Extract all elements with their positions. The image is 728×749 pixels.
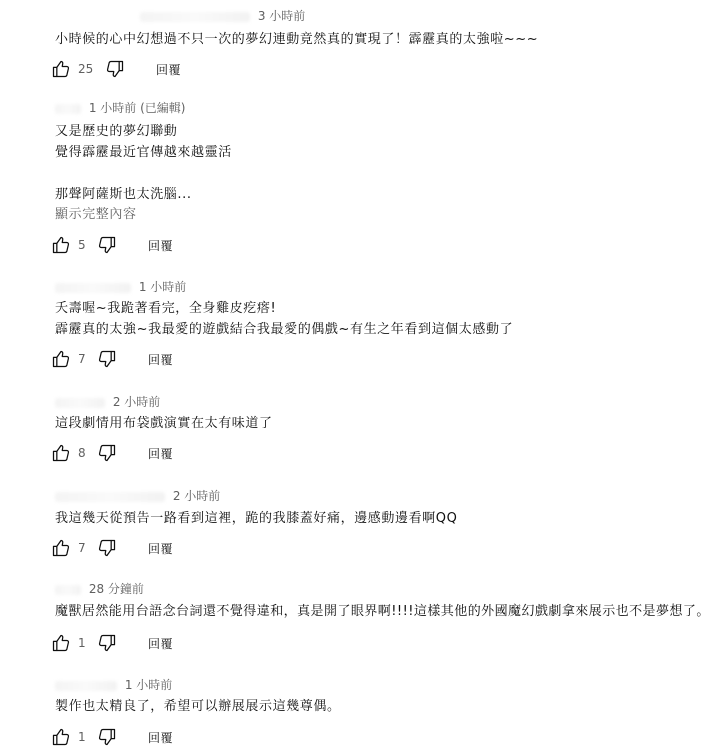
comment-timestamp[interactable]: 2 小時前 [113, 393, 160, 411]
like-button[interactable] [50, 632, 72, 654]
show-more-link[interactable]: 顯示完整內容 [55, 205, 137, 225]
comment-actions: 7 回覆 [50, 535, 173, 561]
like-count: 7 [78, 541, 92, 555]
thumbs-up-icon [51, 59, 71, 79]
reply-button[interactable]: 回覆 [148, 729, 173, 746]
comment-text-line: 小時候的心中幻想過不只一次的夢幻連動竟然真的實現了！霹靂真的太強啦~~~ [55, 29, 538, 50]
thumbs-up-icon [51, 727, 71, 747]
comment-body: 魔獸居然能用台語念台詞還不覺得違和，真是開了眼界啊!!!!這樣其他的外國魔幻戲劇… [55, 601, 710, 622]
reply-button[interactable]: 回覆 [156, 61, 181, 78]
thumbs-down-icon [97, 727, 117, 747]
thumbs-up-icon [51, 538, 71, 558]
comment-header: 1 小時前 [55, 676, 172, 694]
author-name-redacted[interactable] [55, 492, 165, 502]
like-count: 1 [78, 730, 92, 744]
comment-header: 28 分鐘前 [55, 580, 144, 598]
reply-button[interactable]: 回覆 [148, 635, 173, 652]
reply-button[interactable]: 回覆 [148, 445, 173, 462]
comment-text-line: 製作也太精良了，希望可以辦展展示這幾尊偶。 [55, 696, 341, 717]
thumbs-down-icon [97, 633, 117, 653]
comment-text-line: 覺得霹靂最近官傳越來越靈活 [55, 142, 232, 163]
like-button[interactable] [50, 442, 72, 464]
like-count: 1 [78, 636, 92, 650]
comment-body: 夭壽喔~我跪著看完，全身雞皮疙瘩! 霹靂真的太強~我最愛的遊戲結合我最愛的偶戲~… [55, 298, 513, 340]
reply-button[interactable]: 回覆 [148, 351, 173, 368]
comment-body: 製作也太精良了，希望可以辦展展示這幾尊偶。 [55, 696, 341, 717]
dislike-button[interactable] [96, 537, 118, 559]
comment-text-line: 這段劇情用布袋戲演實在太有味道了 [55, 413, 273, 434]
thumbs-down-icon [105, 59, 125, 79]
thumbs-up-icon [51, 349, 71, 369]
comment-actions: 1 回覆 [50, 630, 173, 656]
author-name-redacted[interactable] [55, 283, 131, 293]
like-count: 8 [78, 446, 92, 460]
like-count: 5 [78, 238, 92, 252]
comment-text-line: 霹靂真的太強~我最愛的遊戲結合我最愛的偶戲~有生之年看到這個太感動了 [55, 319, 513, 340]
thumbs-up-icon [51, 633, 71, 653]
comment-timestamp[interactable]: 1 小時前 (已編輯) [89, 99, 186, 117]
like-button[interactable] [50, 234, 72, 256]
comment-body: 又是歷史的夢幻聯動 覺得霹靂最近官傳越來越靈活 那聲阿薩斯也太洗腦... [55, 121, 232, 205]
comment-header: 1 小時前 [55, 278, 186, 296]
thumbs-up-icon [51, 443, 71, 463]
author-name-redacted[interactable] [55, 104, 81, 114]
comment-body: 我這幾天從預告一路看到這裡，跪的我膝蓋好痛，邊感動邊看啊QQ [55, 508, 457, 529]
dislike-button[interactable] [96, 632, 118, 654]
comment-text-line: 夭壽喔~我跪著看完，全身雞皮疙瘩! [55, 298, 513, 319]
author-name-redacted[interactable] [140, 12, 250, 22]
comment-body: 小時候的心中幻想過不只一次的夢幻連動竟然真的實現了！霹靂真的太強啦~~~ [55, 29, 538, 50]
like-button[interactable] [50, 537, 72, 559]
dislike-button[interactable] [96, 442, 118, 464]
comment-timestamp[interactable]: 3 小時前 [258, 7, 305, 25]
comment-actions: 8 回覆 [50, 440, 173, 466]
comment-actions: 25 回覆 [50, 56, 181, 82]
like-button[interactable] [50, 58, 72, 80]
comment-text-line: 又是歷史的夢幻聯動 [55, 121, 232, 142]
comment-header: 1 小時前 (已編輯) [55, 99, 185, 117]
thumbs-down-icon [97, 538, 117, 558]
dislike-button[interactable] [96, 726, 118, 748]
dislike-button[interactable] [96, 234, 118, 256]
comment-actions: 7 回覆 [50, 346, 173, 372]
comment-text-line: 我這幾天從預告一路看到這裡，跪的我膝蓋好痛，邊感動邊看啊QQ [55, 508, 457, 529]
reply-button[interactable]: 回覆 [148, 237, 173, 254]
comment-header: 2 小時前 [55, 487, 220, 505]
comment-header: 2 小時前 [55, 393, 160, 411]
comment-body: 這段劇情用布袋戲演實在太有味道了 [55, 413, 273, 434]
like-count: 25 [78, 62, 100, 76]
comment-text-line [55, 163, 232, 184]
like-count: 7 [78, 352, 92, 366]
author-name-redacted[interactable] [55, 398, 105, 408]
comment-text-line: 那聲阿薩斯也太洗腦... [55, 184, 232, 205]
author-name-redacted[interactable] [55, 681, 117, 691]
comment-timestamp[interactable]: 1 小時前 [139, 278, 186, 296]
comment-timestamp[interactable]: 2 小時前 [173, 487, 220, 505]
comment-header: 3 小時前 [140, 7, 305, 25]
thumbs-down-icon [97, 443, 117, 463]
comment-actions: 1 回覆 [50, 724, 173, 749]
like-button[interactable] [50, 348, 72, 370]
thumbs-up-icon [51, 235, 71, 255]
comment-timestamp[interactable]: 28 分鐘前 [89, 580, 144, 598]
comment-timestamp[interactable]: 1 小時前 [125, 676, 172, 694]
comment-actions: 5 回覆 [50, 232, 173, 258]
reply-button[interactable]: 回覆 [148, 540, 173, 557]
author-name-redacted[interactable] [55, 585, 81, 595]
dislike-button[interactable] [104, 58, 126, 80]
thumbs-down-icon [97, 235, 117, 255]
thumbs-down-icon [97, 349, 117, 369]
comment-text-line: 魔獸居然能用台語念台詞還不覺得違和，真是開了眼界啊!!!!這樣其他的外國魔幻戲劇… [55, 601, 710, 622]
like-button[interactable] [50, 726, 72, 748]
dislike-button[interactable] [96, 348, 118, 370]
